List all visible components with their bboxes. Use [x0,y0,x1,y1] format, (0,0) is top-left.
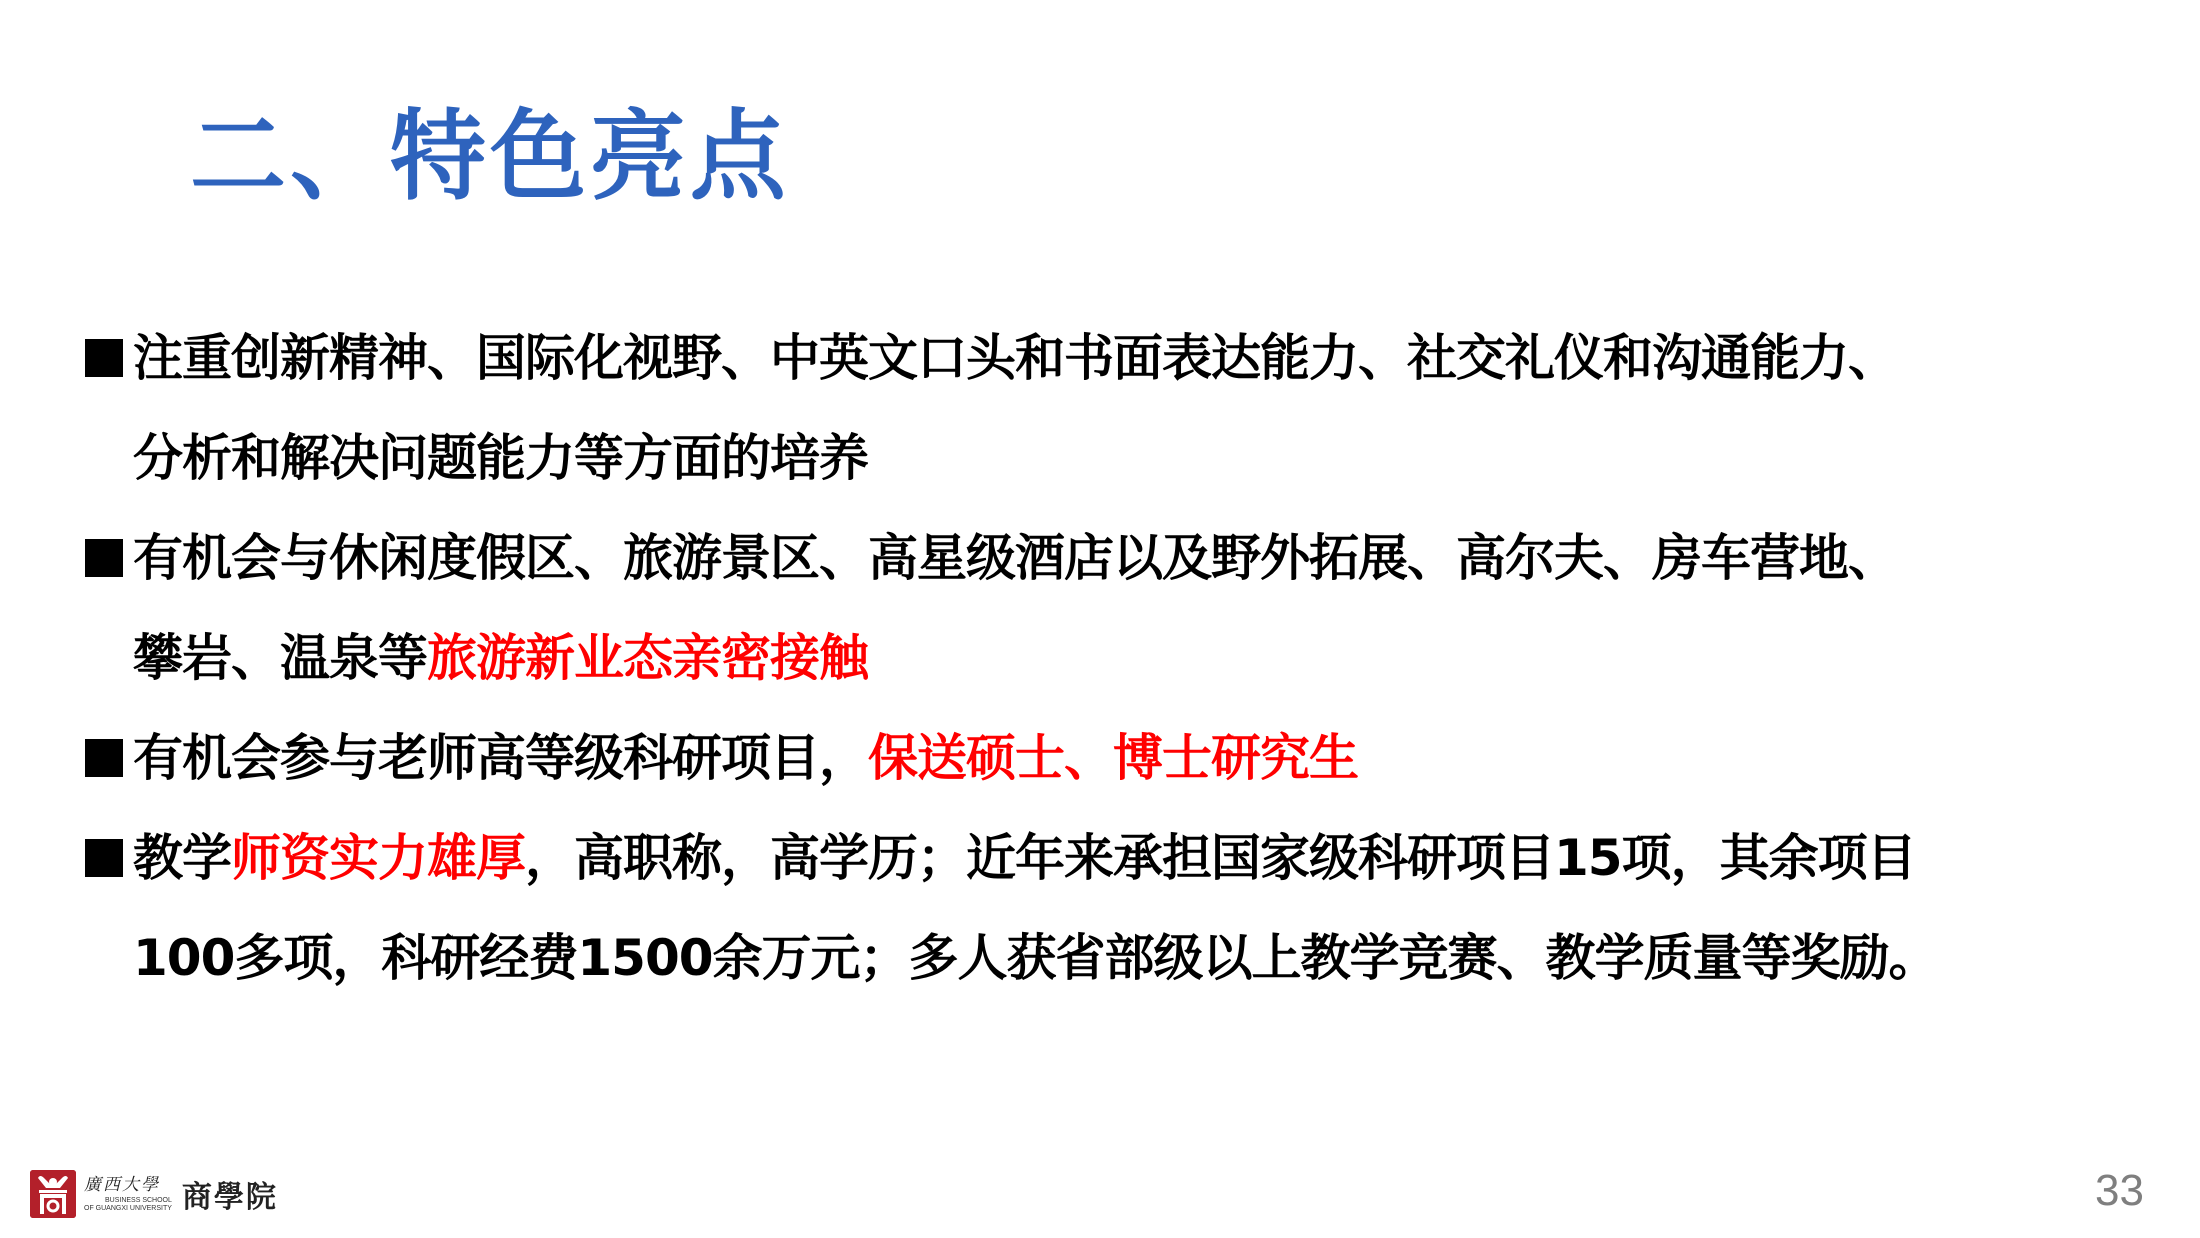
bullet-item: 有机会与休闲度假区、旅游景区、高星级酒店以及野外拓展、高尔夫、房车营地、 攀岩、… [85,508,2165,708]
bullet-line: 教学师资实力雄厚，高职称，高学历；近年来承担国家级科研项目15项，其余项目 [133,808,2165,908]
logo-university-name: 廣西大學 [84,1177,172,1194]
highlight-text: 师资实力雄厚 [231,829,525,887]
bullet-line: 分析和解决问题能力等方面的培养 [133,408,2165,508]
bullet-list: 注重创新精神、国际化视野、中英文口头和书面表达能力、社交礼仪和沟通能力、 分析和… [85,308,2165,1008]
bullet-item: 注重创新精神、国际化视野、中英文口头和书面表达能力、社交礼仪和沟通能力、 分析和… [85,308,2165,508]
bullet-text: 注重创新精神、国际化视野、中英文口头和书面表达能力、社交礼仪和沟通能力、 [133,329,1897,387]
bullet-text: ，高职称，高学历；近年来承担国家级科研项目15项，其余项目 [525,829,1916,887]
bullet-text: 有机会参与老师高等级科研项目， [133,729,868,787]
logo-en-line1: BUSINESS SCHOOL [84,1197,172,1204]
bullet-item: 有机会参与老师高等级科研项目，保送硕士、博士研究生 [85,708,2165,808]
bullet-text: 有机会与休闲度假区、旅游景区、高星级酒店以及野外拓展、高尔夫、房车营地、 [133,529,1897,587]
bullet-line: 有机会参与老师高等级科研项目，保送硕士、博士研究生 [133,708,2165,808]
bullet-text: 分析和解决问题能力等方面的培养 [133,429,868,487]
bullet-text: 教学 [133,829,231,887]
school-logo: 廣西大學 BUSINESS SCHOOL OF GUANGXI UNIVERSI… [30,1168,278,1220]
square-bullet-icon [85,808,133,908]
bullet-line: 注重创新精神、国际化视野、中英文口头和书面表达能力、社交礼仪和沟通能力、 [133,308,2165,408]
square-bullet-icon [85,708,133,808]
bullet-text: 100多项，科研经费1500余万元；多人获省部级以上教学竞赛、教学质量等奖励。 [133,929,1938,987]
slide-title: 二、特色亮点 [190,108,790,206]
logo-text: 廣西大學 BUSINESS SCHOOL OF GUANGXI UNIVERSI… [84,1177,172,1212]
page-number: 33 [2095,1166,2144,1216]
square-bullet-icon [85,508,133,608]
square-bullet-icon [85,308,133,408]
logo-en-line2: OF GUANGXI UNIVERSITY [84,1205,172,1212]
highlight-text: 旅游新业态亲密接触 [427,629,868,687]
bullet-item: 教学师资实力雄厚，高职称，高学历；近年来承担国家级科研项目15项，其余项目 10… [85,808,2165,1008]
bullet-line: 100多项，科研经费1500余万元；多人获省部级以上教学竞赛、教学质量等奖励。 [133,908,2165,1008]
bullet-line: 有机会与休闲度假区、旅游景区、高星级酒店以及野外拓展、高尔夫、房车营地、 [133,508,2165,608]
bullet-line: 攀岩、温泉等旅游新业态亲密接触 [133,608,2165,708]
logo-school-name: 商學院 [182,1172,278,1216]
bullet-text: 攀岩、温泉等 [133,629,427,687]
highlight-text: 保送硕士、博士研究生 [868,729,1358,787]
seal-icon [30,1170,76,1218]
